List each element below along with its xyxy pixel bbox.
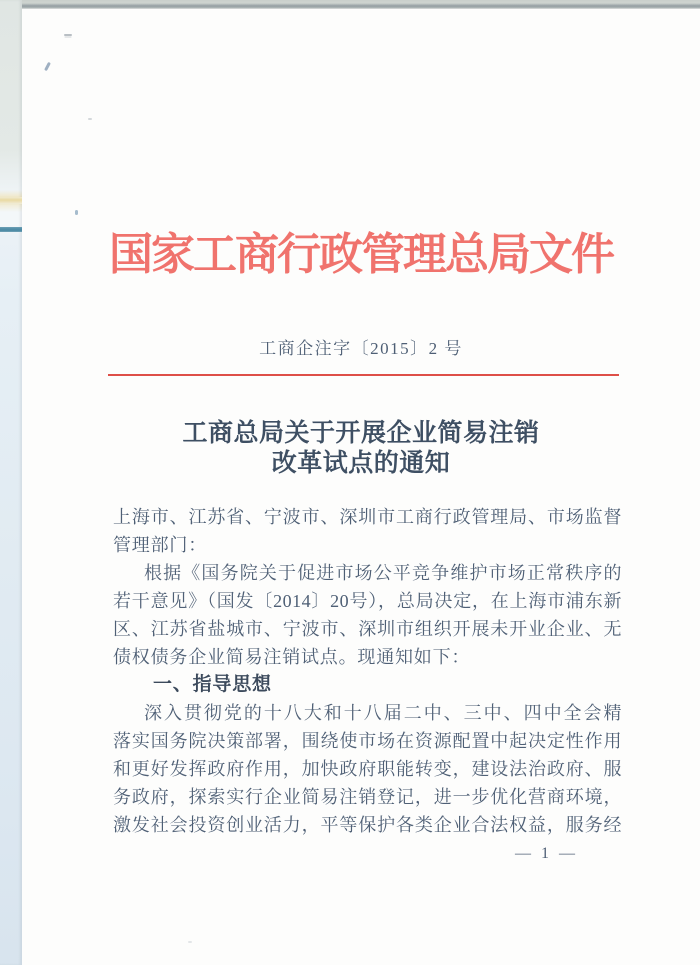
document-title-line2: 改革试点的通知 [22,449,700,479]
scan-speck [44,62,51,71]
body-line: 根据《国务院关于促进市场公平竞争维护市场正常秩序的 [113,559,622,587]
body-line: 管理部门： [113,531,622,559]
body-line: 激发社会投资创业活力，平等保护各类企业合法权益，服务经 [113,811,622,839]
document-title-line1: 工商总局关于开展企业简易注销 [22,419,700,449]
body-line: 务政府，探索实行企业简易注销登记，进一步优化营商环境， [113,783,622,811]
scan-speck [75,210,78,215]
scan-left-edge-yellow-line [0,197,22,204]
scan-speck [88,118,92,120]
body-line: 深入贯彻党的十八大和十八届二中、三中、四中全会精神， [113,699,622,727]
document-reference-number: 工商企注字〔2015〕2 号 [22,336,700,362]
body-line: 上海市、江苏省、宁波市、深圳市工商行政管理局、市场监督 [113,503,622,531]
body-line: 债权债务企业简易注销试点。现通知如下： [113,643,622,671]
body-line: 和更好发挥政府作用，加快政府职能转变，建设法治政府、服 [113,755,622,783]
red-divider-rule [108,374,619,376]
agency-letterhead-title: 国家工商行政管理总局文件 [22,227,700,283]
body-line: 一、指导思想 [113,671,622,699]
scan-left-edge-teal-line [0,227,22,232]
document-title: 工商总局关于开展企业简易注销 改革试点的通知 [22,419,700,479]
scan-speck [64,34,72,36]
page-number: — 1 — [22,845,578,863]
scan-top-edge [0,0,700,9]
scan-left-edge [0,0,22,965]
body-line: 落实国务院决策部署，围绕使市场在资源配置中起决定性作用 [113,727,622,755]
body-line: 若干意见》（国发〔2014〕20号），总局决定，在上海市浦东新 [113,587,622,615]
scanned-page-background: { "document": { "agency_title": "国家工商行政管… [0,0,700,965]
body-line: 区、江苏省盐城市、宁波市、深圳市组织开展未开业企业、无 [113,615,622,643]
scan-speck [188,941,192,943]
document-body: 上海市、江苏省、宁波市、深圳市工商行政管理局、市场监督管理部门：根据《国务院关于… [113,503,622,839]
